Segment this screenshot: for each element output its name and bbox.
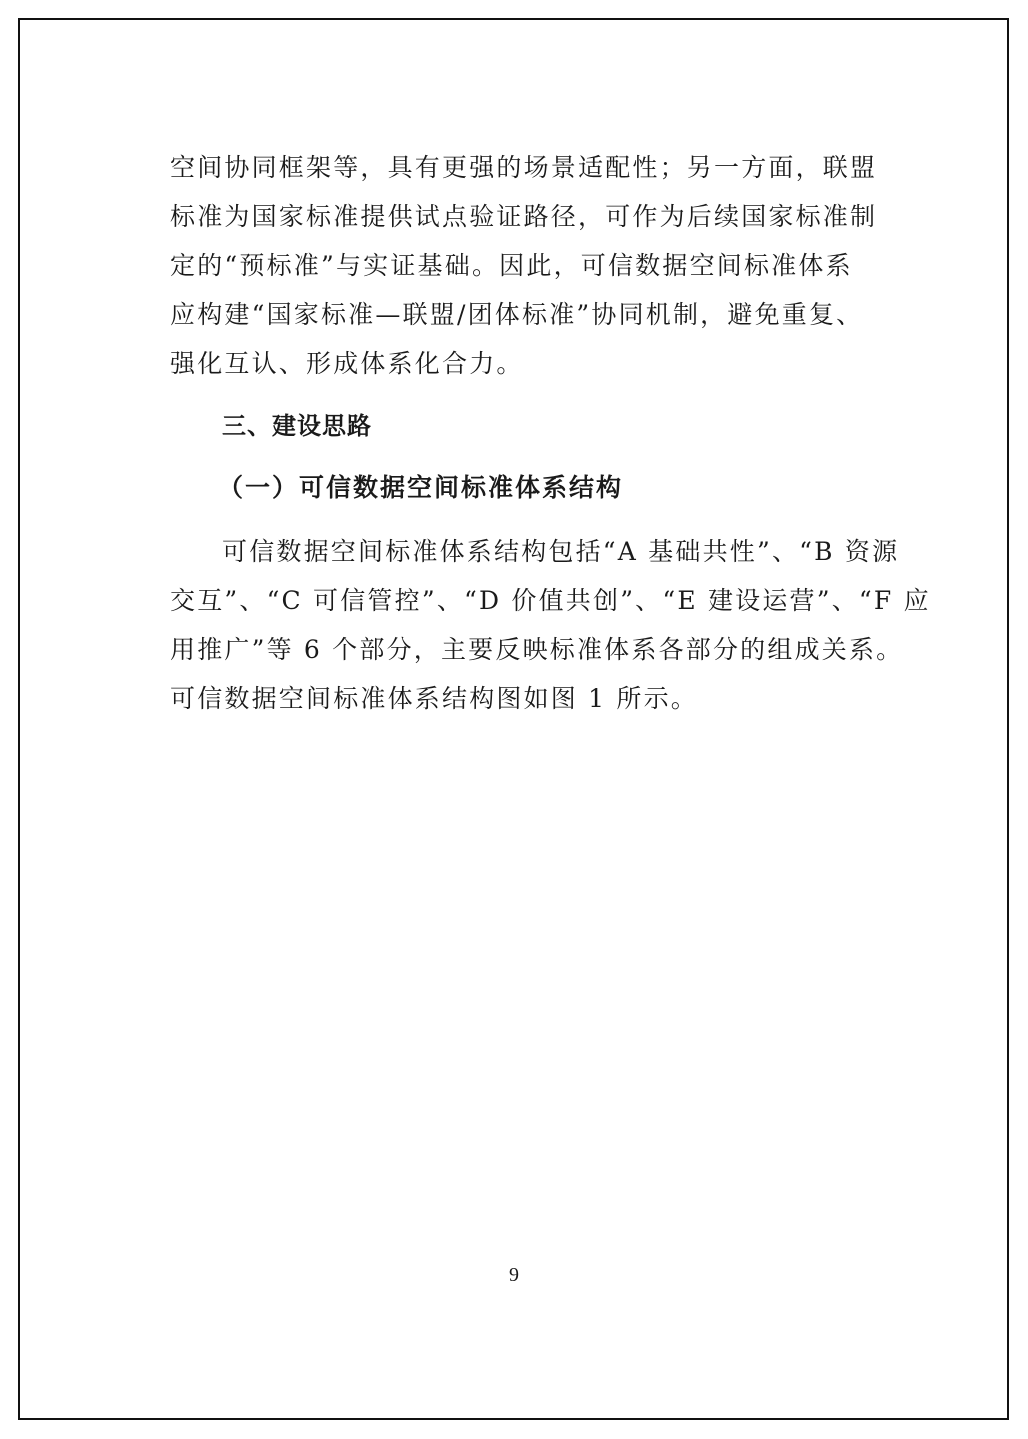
subsection-heading: （一）可信数据空间标准体系结构	[218, 473, 623, 503]
text-line: 可信数据空间标准体系结构包括“A 基础共性”、“B 资源	[170, 527, 931, 576]
paragraph-structure: 可信数据空间标准体系结构包括“A 基础共性”、“B 资源 交互”、“C 可信管控…	[170, 527, 931, 723]
section-heading: 三、建设思路	[222, 411, 372, 441]
text-line: 强化互认、形成体系化合力。	[170, 339, 877, 388]
text-line: 用推广”等 6 个部分，主要反映标准体系各部分的组成关系。	[170, 625, 931, 674]
text-line: 定的“预标准”与实证基础。因此，可信数据空间标准体系	[170, 241, 877, 290]
page-number: 9	[0, 1264, 1028, 1287]
text-line: 空间协同框架等，具有更强的场景适配性；另一方面，联盟	[170, 143, 877, 192]
text-line: 应构建“国家标准—联盟/团体标准”协同机制，避免重复、	[170, 290, 877, 339]
text-line: 标准为国家标准提供试点验证路径，可作为后续国家标准制	[170, 192, 877, 241]
text-line: 可信数据空间标准体系结构图如图 1 所示。	[170, 674, 931, 723]
paragraph-continued: 空间协同框架等，具有更强的场景适配性；另一方面，联盟 标准为国家标准提供试点验证…	[170, 143, 877, 388]
text-line: 交互”、“C 可信管控”、“D 价值共创”、“E 建设运营”、“F 应	[170, 576, 931, 625]
